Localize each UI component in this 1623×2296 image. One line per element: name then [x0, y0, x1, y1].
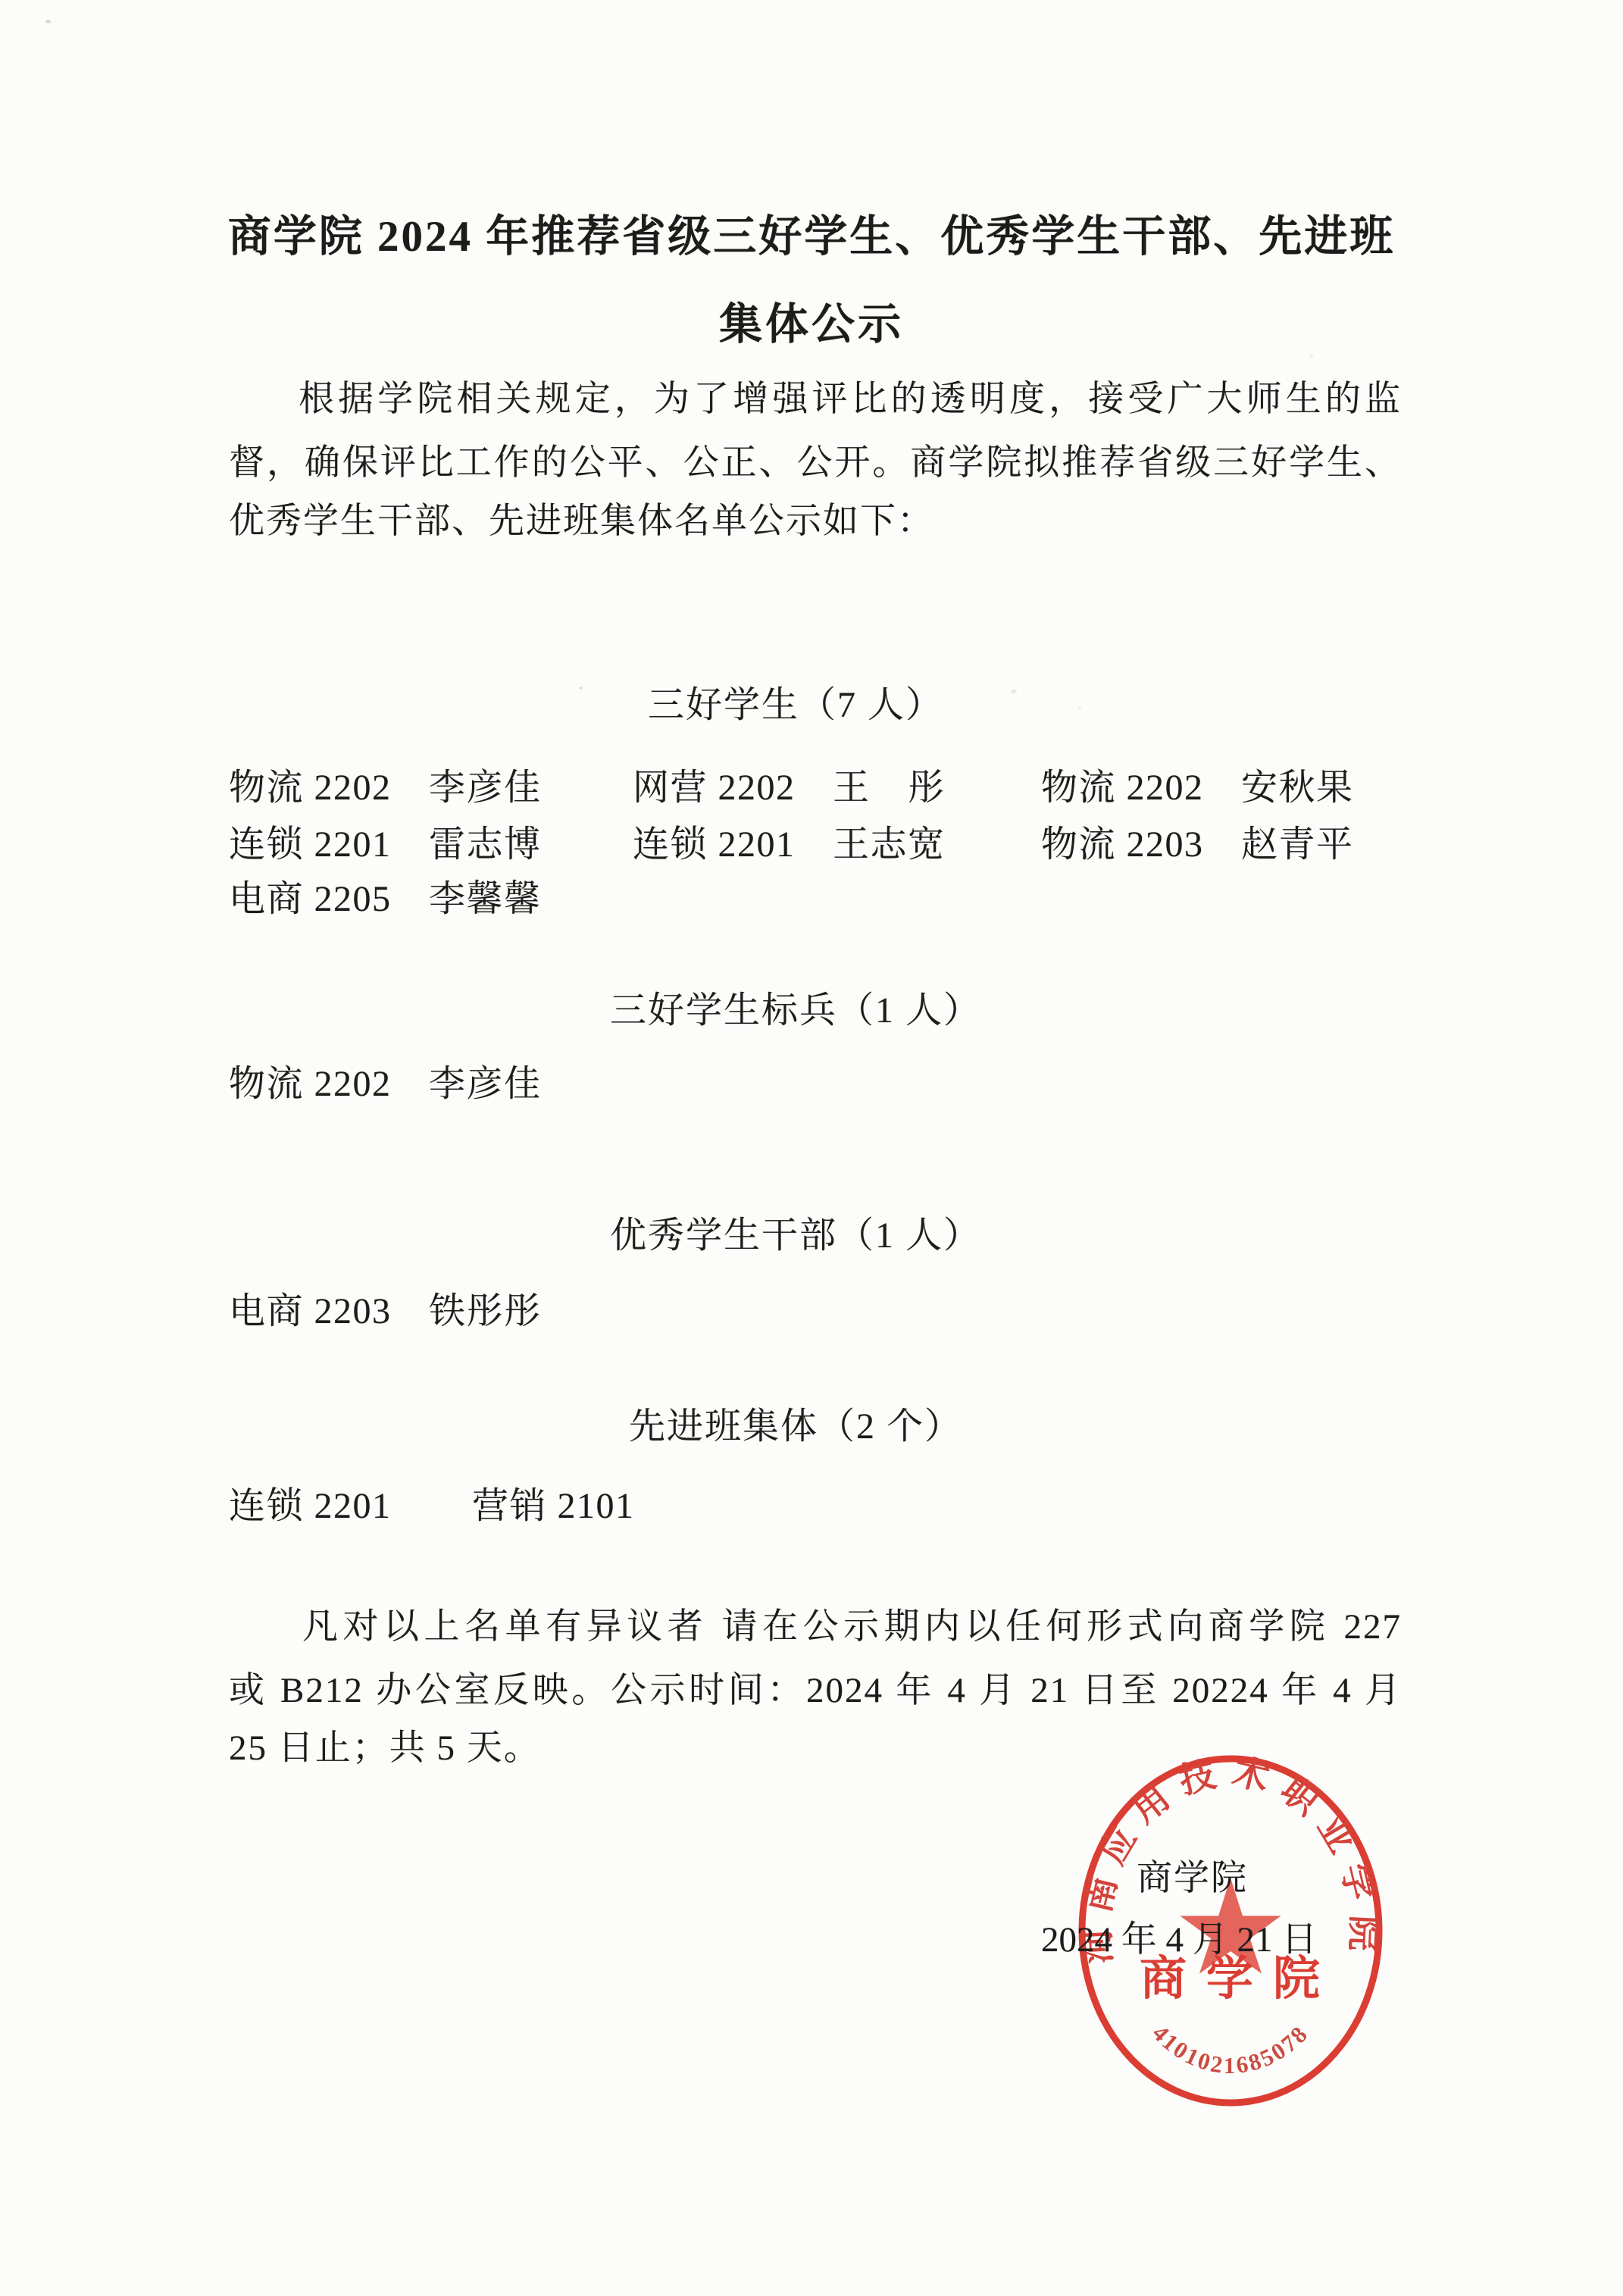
student-row: 物流 2202 李彦佳 网营 2202 王 彤 物流 2202 安秋果	[229, 758, 1441, 805]
student-row: 物流 2202 李彦佳	[229, 1054, 1441, 1101]
document-page: 商学院 2024 年推荐省级三好学生、优秀学生干部、先进班 集体公示 根据学院相…	[0, 0, 1623, 2296]
student-cell: 物流 2202 李彦佳	[229, 1054, 542, 1106]
stamp-serial: 4101021685078	[1147, 2019, 1314, 2079]
student-cell: 网营 2202 王 彤	[633, 758, 946, 810]
student-row: 连锁 2201 雷志博 连锁 2201 王志宽 物流 2203 赵青平	[229, 815, 1441, 862]
title-line-1: 商学院 2024 年推荐省级三好学生、优秀学生干部、先进班	[0, 212, 1623, 262]
stamp-center-text: 商学院	[1140, 1953, 1340, 2005]
title-line-2: 集体公示	[0, 300, 1623, 350]
student-row: 电商 2205 李馨馨	[229, 869, 1441, 916]
student-cell: 连锁 2201 王志宽	[633, 815, 946, 867]
class-cell: 营销 2101	[472, 1476, 635, 1528]
class-row: 连锁 2201 营销 2101	[229, 1476, 1441, 1523]
intro-line: 根据学院相关规定，为了增强评比的透明度，接受广大师生的监	[229, 379, 1402, 420]
intro-line: 优秀学生干部、先进班集体名单公示如下：	[229, 501, 1402, 542]
notice-line: 或 B212 办公室反映。公示时间：2024 年 4 月 21 日至 20224…	[229, 1670, 1402, 1711]
scan-speckle	[45, 20, 51, 23]
notice-line: 凡对以上名单有异议者 请在公示期内以任何形式向商学院 227	[229, 1606, 1402, 1647]
section-header-sanhao: 三好学生（7 人）	[0, 684, 1591, 726]
student-cell: 物流 2202 安秋果	[1041, 758, 1354, 810]
student-cell: 电商 2203 铁彤彤	[229, 1281, 542, 1334]
intro-line: 督，确保评比工作的公平、公正、公开。商学院拟推荐省级三好学生、	[229, 443, 1402, 483]
section-header-biaobing: 三好学生标兵（1 人）	[0, 990, 1591, 1031]
section-header-ganbu: 优秀学生干部（1 人）	[0, 1215, 1591, 1256]
signoff-date: 2024 年 4 月 21 日	[1041, 1919, 1317, 1960]
student-cell: 连锁 2201 雷志博	[229, 815, 542, 867]
student-row: 电商 2203 铁彤彤	[229, 1281, 1441, 1328]
section-header-banjiti: 先进班集体（2 个）	[0, 1406, 1591, 1447]
scan-speckle	[1309, 355, 1313, 358]
signoff-org: 商学院	[1137, 1858, 1248, 1899]
student-cell: 物流 2203 赵青平	[1041, 815, 1354, 867]
class-cell: 连锁 2201	[229, 1476, 392, 1528]
student-cell: 电商 2205 李馨馨	[229, 869, 542, 921]
student-cell: 物流 2202 李彦佳	[229, 758, 542, 810]
